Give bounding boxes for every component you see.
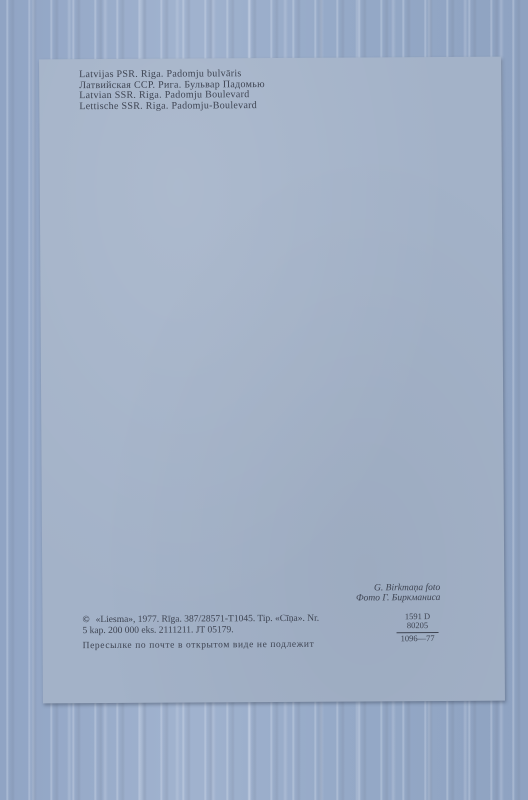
imprint-line-2: 5 kap. 200 000 eks. 2111211. JT 05179.: [82, 624, 319, 636]
imprint-line-1: «Liesma», 1977. Rīga. 387/28571-T1045. T…: [96, 614, 320, 625]
catalog-index: 1591 D 80205 1096—77: [396, 612, 438, 643]
copyright-symbol: ©: [82, 615, 89, 625]
photo-credit-russian: Фото Г. Биркманиса: [356, 593, 440, 604]
catalog-denominator: 1096—77: [397, 634, 439, 643]
publisher-imprint: ©«Liesma», 1977. Rīga. 387/28571-T1045. …: [82, 614, 319, 636]
postal-notice: Пересылке по почте в открытом виде не по…: [83, 640, 315, 651]
postcard-back: Latvijas PSR. Riga. Padomju bulvāris Лат…: [39, 57, 505, 704]
catalog-numerator: 80205: [396, 621, 438, 630]
photo-credit: G. Birkmaņa foto Фото Г. Биркманиса: [356, 583, 440, 604]
caption-block: Latvijas PSR. Riga. Padomju bulvāris Лат…: [79, 69, 265, 112]
caption-german: Lettische SSR. Riga. Padomju-Boulevard: [79, 101, 265, 113]
photo-credit-latvian: G. Birkmaņa foto: [356, 583, 440, 594]
